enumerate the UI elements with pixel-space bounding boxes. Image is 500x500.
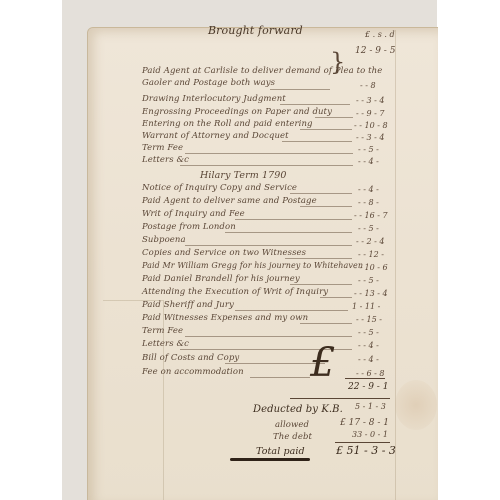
entry-text: Bill of Costs and Copy [142,353,239,363]
entry-text: Attending the Execution of Writ of Inqui… [142,287,328,297]
entry-amount: - - 8 [360,81,376,90]
entry-amount: - - 2 - 4 [356,237,384,246]
entry-text: Term Fee [142,326,183,336]
entry-text: Paid Witnesses Expenses and my own [142,313,308,323]
entry-amount: - - 4 - [358,185,379,194]
leader-line [290,193,352,194]
entry-text: Paid Daniel Brandell for his journey [142,274,300,284]
leader-line [285,258,352,259]
entry-amount: - - 5 - [358,276,379,285]
entry-amount: - - 3 - 4 [356,133,384,142]
entry-amount: - - 3 - 4 [356,96,384,105]
entry-text: Writ of Inquiry and Fee [142,209,245,219]
summary-amount: 5 - 1 - 3 [355,402,386,411]
section-heading: Hilary Term 1790 [200,170,287,181]
summary-amount: £ 17 - 8 - 1 [340,418,389,428]
entry-text: Term Fee [142,143,183,153]
leader-line [300,323,352,324]
carried-forward-amount: 12 - 9 - 5 [355,46,395,56]
entry-text: Paid Sheriff and Jury [142,300,234,310]
entry-amount: - - 10 - 8 [354,121,388,130]
entry-text: Warrant of Attorney and Docquet [142,131,289,141]
entry-text: Entering on the Roll and paid entering [142,119,313,129]
leader-line [180,165,353,166]
leader-line [300,129,352,130]
pound-symbol: £ [310,340,335,386]
ink-underline [230,458,310,461]
entry-amount: 1 - 11 - [352,302,380,311]
entry-text: Engrossing Proceedings on Paper and duty [142,107,332,117]
entry-amount: - - 9 - 7 [356,109,384,118]
leader-line [270,89,330,90]
leader-line [235,219,352,220]
leader-line [185,336,352,337]
entry-text: Fee on accommodation [142,367,244,377]
entry-amount: - - 6 - 8 [356,369,384,378]
entry-amount: - - 16 - 7 [354,211,388,220]
entry-text: Drawing Interlocutory Judgment [142,94,286,104]
column-heading: £ . s . d [365,30,395,39]
document-title: Brought forward [208,24,303,37]
entry-amount: - - 12 - [358,250,384,259]
entry-text: Subpoena [142,235,186,245]
entry-amount: - - 4 - [358,341,379,350]
entry-text: Postage from London [142,222,236,232]
entry-text: Letters &c [142,339,189,349]
entry-amount: - - 15 - [356,315,382,324]
summary-label: The debt [273,432,312,442]
entry-amount: - - 13 - 4 [354,289,388,298]
sum-line [290,398,390,399]
entry-text: Copies and Service on two Witnesses [142,248,306,258]
entry-text: Gaoler and Postage both ways [142,78,275,88]
leader-line [235,310,348,311]
entry-amount: - - 4 - [358,157,379,166]
sum-line [345,378,385,379]
entry-text: Letters &c [142,155,189,165]
entry-text: Notice of Inquiry Copy and Service [142,183,297,193]
brace-mark: } [330,48,345,76]
entry-text: Paid Agent to deliver same and Postage [142,196,317,206]
paper-stain [395,380,437,430]
leader-line [300,206,352,207]
leader-line [290,284,352,285]
leader-line [185,153,353,154]
summary-label: allowed [275,420,309,430]
entry-text: Paid Agent at Carlisle to deliver demand… [142,66,382,76]
entry-amount: - - 5 - [358,328,379,337]
leader-line [320,297,352,298]
leader-line [280,104,350,105]
page-fold [395,30,396,500]
summary-amount: 33 - 0 - 1 [352,430,388,439]
entry-amount: - - 10 - 6 [354,263,388,272]
leader-line [185,245,352,246]
entry-amount: - - 5 - [358,145,379,154]
leader-line [282,141,352,142]
entry-amount: - - 5 - [358,224,379,233]
total-amount: 22 - 9 - 1 [348,382,388,392]
summary-label: Deducted by K.B. [253,404,343,415]
leader-line [315,117,353,118]
summary-label: Total paid [256,446,305,457]
entry-amount: - - 4 - [358,355,379,364]
entry-text: Paid Mr William Gregg for his journey to… [142,261,363,270]
entry-amount: - - 8 - [358,198,379,207]
leader-line [250,377,310,378]
leader-line [225,232,352,233]
summary-amount: £ 51 - 3 - 3 [336,444,396,457]
sum-line [335,442,390,443]
